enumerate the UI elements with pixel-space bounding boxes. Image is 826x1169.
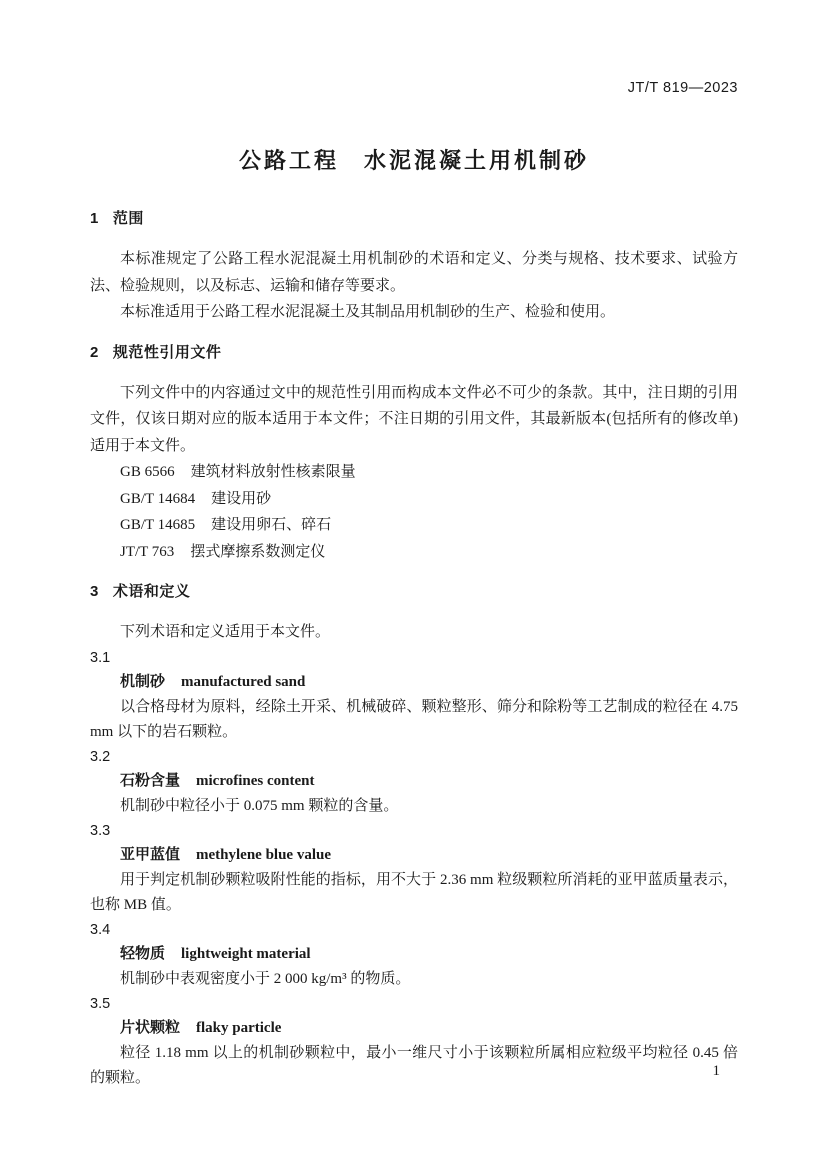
reference-item-4: JT/T 763摆式摩擦系数测定仪 (90, 539, 738, 566)
terms-intro: 下列术语和定义适用于本文件。 (90, 619, 738, 646)
section-3-title: 术语和定义 (113, 583, 191, 600)
term-3-5-number: 3.5 (90, 992, 738, 1017)
term-clause-3-3: 3.3 亚甲蓝值methylene blue value 用于判定机制砂颗粒吸附… (90, 819, 738, 918)
term-clause-3-1: 3.1 机制砂manufactured sand 以合格母材为原料，经除土开采、… (90, 646, 738, 745)
section-2-title: 规范性引用文件 (113, 344, 222, 361)
term-3-4-name-en: lightweight material (181, 946, 311, 962)
reference-4-title: 摆式摩擦系数测定仪 (190, 544, 325, 560)
reference-4-code: JT/T 763 (120, 544, 174, 560)
reference-1-code: GB 6566 (120, 464, 175, 480)
reference-2-code: GB/T 14684 (120, 491, 195, 507)
term-3-4-name-zh: 轻物质 (120, 945, 165, 962)
term-3-2-definition: 机制砂中粒径小于 0.075 mm 颗粒的含量。 (90, 794, 738, 819)
section-1-paragraph-2: 本标准适用于公路工程水泥混凝土及其制品用机制砂的生产、检验和使用。 (90, 299, 738, 326)
term-3-2-name: 石粉含量microfines content (90, 769, 738, 794)
term-3-3-name: 亚甲蓝值methylene blue value (90, 843, 738, 868)
term-3-2-name-en: microfines content (196, 773, 314, 789)
term-3-3-number: 3.3 (90, 819, 738, 844)
term-3-5-name-zh: 片状颗粒 (120, 1019, 180, 1036)
term-3-3-name-en: methylene blue value (196, 847, 331, 863)
term-3-3-definition: 用于判定机制砂颗粒吸附性能的指标，用不大于 2.36 mm 粒级颗粒所消耗的亚甲… (90, 868, 738, 918)
term-3-5-name-en: flaky particle (196, 1020, 281, 1036)
term-3-1-name-zh: 机制砂 (120, 673, 165, 690)
term-3-2-name-zh: 石粉含量 (120, 772, 180, 789)
term-clause-3-4: 3.4 轻物质lightweight material 机制砂中表观密度小于 2… (90, 918, 738, 992)
term-3-1-number: 3.1 (90, 646, 738, 671)
term-3-5-definition: 粒径 1.18 mm 以上的机制砂颗粒中，最小一维尺寸小于该颗粒所属相应粒级平均… (90, 1041, 738, 1091)
document-page: JT/T 819—2023 公路工程 水泥混凝土用机制砂 1范围 本标准规定了公… (0, 0, 826, 1169)
page-content: JT/T 819—2023 公路工程 水泥混凝土用机制砂 1范围 本标准规定了公… (90, 0, 738, 1091)
section-2-heading: 2规范性引用文件 (90, 340, 738, 366)
section-1-number: 1 (90, 210, 99, 227)
doc-title: 公路工程 水泥混凝土用机制砂 (90, 146, 738, 176)
term-3-4-number: 3.4 (90, 918, 738, 943)
reference-item-2: GB/T 14684建设用砂 (90, 486, 738, 513)
section-1-title: 范围 (113, 210, 144, 227)
section-3-number: 3 (90, 583, 99, 600)
reference-3-title: 建设用卵石、碎石 (211, 517, 331, 533)
section-3-heading: 3术语和定义 (90, 579, 738, 605)
term-3-4-definition: 机制砂中表观密度小于 2 000 kg/m³ 的物质。 (90, 967, 738, 992)
section-2-paragraph-1: 下列文件中的内容通过文中的规范性引用而构成本文件必不可少的条款。其中，注日期的引… (90, 380, 738, 460)
section-2-number: 2 (90, 344, 99, 361)
term-3-2-number: 3.2 (90, 745, 738, 770)
term-3-1-name-en: manufactured sand (181, 674, 305, 690)
term-3-3-name-zh: 亚甲蓝值 (120, 846, 180, 863)
reference-2-title: 建设用砂 (211, 491, 271, 507)
term-3-5-name: 片状颗粒flaky particle (90, 1016, 738, 1041)
term-3-1-definition: 以合格母材为原料，经除土开采、机械破碎、颗粒整形、筛分和除粉等工艺制成的粒径在 … (90, 695, 738, 745)
reference-item-1: GB 6566建筑材料放射性核素限量 (90, 459, 738, 486)
reference-3-code: GB/T 14685 (120, 517, 195, 533)
term-3-4-name: 轻物质lightweight material (90, 942, 738, 967)
reference-item-3: GB/T 14685建设用卵石、碎石 (90, 512, 738, 539)
page-number: 1 (713, 1063, 721, 1079)
section-1-paragraph-1: 本标准规定了公路工程水泥混凝土用机制砂的术语和定义、分类与规格、技术要求、试验方… (90, 246, 738, 299)
section-1-heading: 1范围 (90, 206, 738, 232)
doc-number: JT/T 819—2023 (90, 80, 738, 96)
term-clause-3-2: 3.2 石粉含量microfines content 机制砂中粒径小于 0.07… (90, 745, 738, 819)
term-3-1-name: 机制砂manufactured sand (90, 670, 738, 695)
term-clause-3-5: 3.5 片状颗粒flaky particle 粒径 1.18 mm 以上的机制砂… (90, 992, 738, 1091)
reference-1-title: 建筑材料放射性核素限量 (191, 464, 356, 480)
